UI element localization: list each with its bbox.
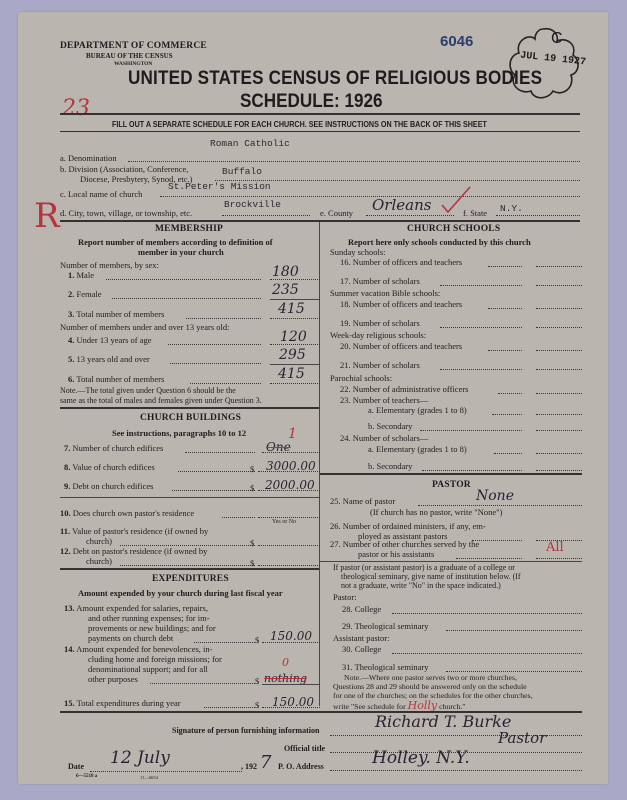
q16-value-line[interactable] bbox=[536, 266, 582, 267]
q24b-label: b. Secondary bbox=[368, 461, 412, 471]
form-title: UNITED STATES CENSUS OF RELIGIOUS BODIES bbox=[128, 68, 542, 90]
q13-num: 13. bbox=[64, 603, 75, 613]
q15-dollar: $ bbox=[255, 700, 259, 710]
membership-note-2: same as the total of males and females g… bbox=[60, 396, 262, 405]
q22-line bbox=[498, 393, 522, 394]
q11-num: 11. bbox=[60, 526, 70, 536]
church-name-label: c. Local name of church bbox=[60, 189, 142, 199]
q31-label: 31. Theological seminary bbox=[342, 662, 428, 672]
note-suffix: church." bbox=[439, 702, 465, 711]
q13-label: Amount expended for salaries, repairs, bbox=[76, 603, 208, 613]
year-prefix: , 192 bbox=[241, 762, 257, 771]
q4-value-line bbox=[270, 344, 320, 345]
po-address-label: P. O. Address bbox=[278, 762, 324, 771]
q17-label: 17. Number of scholars bbox=[340, 276, 420, 286]
q22-value-line[interactable] bbox=[536, 393, 582, 394]
q14-correction: 0 bbox=[282, 656, 289, 669]
q20-label: 20. Number of officers and teachers bbox=[340, 341, 462, 351]
q30-label: 30. College bbox=[342, 644, 381, 654]
q8-line bbox=[178, 471, 255, 472]
q18-value-line[interactable] bbox=[536, 308, 582, 309]
q24b-value-line[interactable] bbox=[536, 470, 582, 471]
q24a-line bbox=[494, 453, 522, 454]
by-sex-label: Number of members, by sex: bbox=[60, 260, 159, 270]
q13-value[interactable]: 150.00 bbox=[270, 629, 312, 643]
buildings-divider bbox=[60, 497, 319, 498]
q11-dollar: $ bbox=[250, 538, 254, 548]
q23a-line bbox=[492, 414, 522, 415]
denomination-line bbox=[128, 161, 580, 162]
graduate-instructions-2: theological seminary, give name of insti… bbox=[341, 572, 521, 581]
membership-subheading-2: member in your church bbox=[138, 247, 224, 257]
by-age-label: Number of members under and over 13 year… bbox=[60, 322, 229, 332]
q15-label: Total expenditures during year bbox=[77, 698, 181, 708]
parochial-schools-label: Parochial schools: bbox=[330, 373, 392, 383]
q14-dollar: $ bbox=[255, 676, 259, 686]
church-name-line bbox=[160, 196, 580, 197]
signature-value[interactable]: Richard T. Burke bbox=[375, 712, 511, 731]
state-line bbox=[496, 215, 580, 216]
county-label: e. County bbox=[320, 208, 353, 218]
church-schools-subheading: Report here only schools conducted by th… bbox=[348, 237, 531, 247]
header-rule bbox=[60, 113, 580, 115]
graduate-instructions: If pastor (or assistant pastor) is a gra… bbox=[333, 563, 515, 572]
q16-line bbox=[488, 266, 522, 267]
q12-label: Debt on pastor's residence (if owned by bbox=[73, 546, 208, 556]
pastor-sub-label: Pastor: bbox=[333, 592, 357, 602]
q3-label: Total number of members bbox=[76, 309, 164, 319]
q25-hint: (If church has no pastor, write "None") bbox=[370, 507, 502, 517]
q12-value-line bbox=[258, 565, 320, 566]
q5-line bbox=[170, 363, 261, 364]
q22-label: 22. Number of administrative officers bbox=[340, 384, 469, 394]
q14-label-3: denominational support; and for all bbox=[88, 664, 208, 674]
q5-label: 13 years old and over bbox=[77, 354, 150, 364]
instruction-banner: FILL OUT A SEPARATE SCHEDULE FOR EACH CH… bbox=[112, 120, 487, 129]
membership-rule bbox=[60, 407, 319, 409]
assistant-pastor-label: Assistant pastor: bbox=[333, 633, 389, 643]
q7-correction: 1 bbox=[288, 426, 297, 442]
q4-label: Under 13 years of age bbox=[77, 335, 152, 345]
city-label: d. City, town, village, or township, etc… bbox=[60, 208, 192, 218]
q19-label: 19. Number of scholars bbox=[340, 318, 420, 328]
header-rule-lower bbox=[60, 131, 580, 132]
q21-value-line[interactable] bbox=[536, 369, 582, 370]
q11-value-line bbox=[258, 545, 320, 546]
pastor-divider bbox=[320, 561, 582, 562]
q9-dollar: $ bbox=[250, 483, 254, 493]
q4-under13-value[interactable]: 120 bbox=[280, 329, 307, 345]
bureau-name: BUREAU OF THE CENSUS bbox=[86, 52, 173, 60]
q12-line bbox=[120, 565, 255, 566]
q9-label: Debt on church edifices bbox=[73, 481, 154, 491]
q3-line bbox=[186, 318, 261, 319]
q1-male-value[interactable]: 180 bbox=[272, 264, 299, 280]
q9-line bbox=[172, 490, 255, 491]
pastor-note: Note.—Where one pastor serves two or mor… bbox=[344, 673, 517, 682]
q23-label: 23. Number of teachers— bbox=[340, 395, 428, 405]
handwritten-number: 23 bbox=[62, 96, 90, 121]
q2-female-value[interactable]: 235 bbox=[272, 282, 299, 298]
form-code: 6—5518 a bbox=[76, 774, 97, 779]
q7-label: Number of church edifices bbox=[73, 443, 164, 453]
q13-label-3: provements or new buildings; and for bbox=[88, 623, 216, 633]
q12-label-2: church) bbox=[86, 556, 112, 566]
q3-value-line bbox=[270, 318, 320, 319]
q15-num: 15. bbox=[64, 698, 75, 708]
q7-value-line bbox=[262, 452, 320, 453]
q14-label-2: cluding home and foreign missions; for bbox=[88, 654, 222, 664]
stamp-letter: C bbox=[551, 30, 563, 48]
q10-line bbox=[222, 517, 255, 518]
membership-subheading: Report number of members according to de… bbox=[78, 237, 273, 247]
state-label: f. State bbox=[463, 208, 487, 218]
q1-label: Male bbox=[77, 270, 94, 280]
q6-label: Total number of members bbox=[76, 374, 164, 384]
q2-line bbox=[112, 298, 261, 299]
q26-label: 26. Number of ordained ministers, if any… bbox=[330, 521, 486, 531]
state-value[interactable]: N.Y. bbox=[500, 203, 523, 214]
year-value[interactable]: 7 bbox=[260, 752, 271, 773]
column-divider bbox=[319, 222, 320, 706]
q2-sum-rule bbox=[270, 299, 320, 300]
section-rule bbox=[60, 220, 580, 222]
q23b-line bbox=[420, 430, 522, 431]
denomination-value[interactable]: Roman Catholic bbox=[210, 138, 290, 149]
q13-dollar: $ bbox=[255, 635, 259, 645]
q20-line bbox=[488, 350, 522, 351]
q14-line bbox=[150, 683, 255, 684]
signature-label: Signature of person furnishing informati… bbox=[172, 726, 319, 735]
q29-label: 29. Theological seminary bbox=[342, 621, 428, 631]
q7-num: 7. bbox=[64, 443, 70, 453]
serial-number: 6046 bbox=[440, 33, 473, 50]
q25-label: 25. Name of pastor bbox=[330, 496, 395, 506]
q24a-label: a. Elementary (grades 1 to 8) bbox=[368, 444, 467, 454]
po-address-value[interactable]: Holley. N.Y. bbox=[372, 748, 470, 768]
q8-value-line bbox=[258, 471, 320, 472]
city-value[interactable]: Brockville bbox=[224, 199, 281, 210]
q24-label: 24. Number of scholars— bbox=[340, 433, 428, 443]
q13-line bbox=[194, 642, 255, 643]
q10-hint: Yes or No bbox=[272, 519, 296, 525]
q13-label-2: and other running expenses; for im- bbox=[88, 613, 210, 623]
q24b-line bbox=[422, 470, 522, 471]
q20-value-line[interactable] bbox=[536, 350, 582, 351]
note-prefix: write "See schedule for bbox=[333, 702, 406, 711]
po-address-line bbox=[330, 770, 582, 771]
q26-line bbox=[472, 540, 522, 541]
division-value[interactable]: Buffalo bbox=[222, 166, 262, 177]
q16-label: 16. Number of officers and teachers bbox=[340, 257, 462, 267]
church-schools-heading: CHURCH SCHOOLS bbox=[407, 224, 500, 234]
q31-line[interactable] bbox=[446, 671, 582, 672]
q15-value-line bbox=[262, 707, 320, 708]
schedule-title: SCHEDULE: 1926 bbox=[240, 91, 383, 113]
q10-label: Does church own pastor's residence bbox=[73, 508, 194, 518]
buildings-rule bbox=[60, 568, 319, 570]
city-name: WASHINGTON bbox=[114, 61, 152, 67]
q19-line bbox=[440, 327, 522, 328]
q12-dollar: $ bbox=[250, 558, 254, 568]
q27-value-line bbox=[536, 558, 582, 559]
schools-rule bbox=[320, 473, 582, 475]
q1-num: 1. bbox=[68, 270, 74, 280]
graduate-instructions-3: not a graduate, write "No" in the space … bbox=[341, 581, 501, 590]
official-title-label: Official title bbox=[284, 744, 325, 753]
pastor-note-2: Questions 28 and 29 should be answered o… bbox=[333, 682, 527, 691]
q1-line bbox=[106, 279, 261, 280]
denomination-label: a. Denomination bbox=[60, 153, 117, 163]
q9-value-line bbox=[258, 490, 320, 491]
q2-label: Female bbox=[77, 289, 102, 299]
department-name: DEPARTMENT OF COMMERCE bbox=[60, 41, 207, 51]
q17-line bbox=[440, 285, 522, 286]
q21-label: 21. Number of scholars bbox=[340, 360, 420, 370]
q23a-label: a. Elementary (grades 1 to 8) bbox=[368, 405, 467, 415]
q4-num: 4. bbox=[68, 335, 74, 345]
membership-heading: MEMBERSHIP bbox=[155, 224, 223, 234]
q6-num: 6. bbox=[68, 374, 74, 384]
q5-sum-rule bbox=[270, 364, 320, 365]
q14-sum-rule bbox=[262, 684, 320, 685]
q21-line bbox=[440, 369, 522, 370]
q15-line bbox=[204, 707, 255, 708]
q23b-value-line[interactable] bbox=[536, 430, 582, 431]
q24a-value-line[interactable] bbox=[536, 453, 582, 454]
q13-value-line bbox=[262, 642, 320, 643]
city-line bbox=[222, 215, 310, 216]
q18-label: 18. Number of officers and teachers bbox=[340, 299, 462, 309]
q14-num: 14. bbox=[64, 644, 75, 654]
church-buildings-subheading: See instructions, paragraphs 10 to 12 bbox=[112, 428, 246, 438]
q17-value-line[interactable] bbox=[536, 285, 582, 286]
q11-label: Value of pastor's residence (if owned by bbox=[72, 526, 208, 536]
q6-value-line bbox=[270, 383, 320, 384]
print-code: 11—6654 bbox=[140, 775, 158, 780]
summer-schools-label: Summer vacation Bible schools: bbox=[330, 288, 440, 298]
sunday-schools-label: Sunday schools: bbox=[330, 247, 386, 257]
q5-num: 5. bbox=[68, 354, 74, 364]
q27-line bbox=[456, 558, 522, 559]
q6-line bbox=[190, 383, 261, 384]
weekday-schools-label: Week-day religious schools: bbox=[330, 330, 426, 340]
q6-total-value[interactable]: 415 bbox=[278, 366, 305, 382]
date-line bbox=[90, 771, 242, 772]
church-name-value[interactable]: St.Peter's Mission bbox=[168, 181, 271, 192]
q10-num: 10. bbox=[60, 508, 71, 518]
date-value[interactable]: 12 July bbox=[110, 748, 170, 768]
q2-num: 2. bbox=[68, 289, 74, 299]
q4-line bbox=[168, 344, 261, 345]
q29-line[interactable] bbox=[446, 630, 582, 631]
q9-num: 9. bbox=[64, 481, 70, 491]
q18-line bbox=[488, 308, 522, 309]
q8-label: Value of church edifices bbox=[72, 462, 154, 472]
q27-label-2: pastor or his assistants bbox=[358, 549, 434, 559]
q28-label: 28. College bbox=[342, 604, 381, 614]
pastor-name-value[interactable]: None bbox=[476, 488, 514, 504]
q25-line bbox=[418, 505, 582, 506]
q13-label-4: payments on church debt bbox=[88, 633, 173, 643]
expenditures-subheading: Amount expended by your church during la… bbox=[78, 588, 283, 598]
q14-label-4: other purposes bbox=[88, 674, 138, 684]
q30-line[interactable] bbox=[392, 653, 582, 654]
q23a-value-line[interactable] bbox=[536, 414, 582, 415]
county-line bbox=[366, 215, 454, 216]
church-buildings-heading: CHURCH BUILDINGS bbox=[140, 413, 241, 423]
margin-mark: R bbox=[34, 196, 60, 236]
official-title-value[interactable]: Pastor bbox=[498, 729, 546, 747]
q14-label: Amount expended for benevolences, in- bbox=[76, 644, 212, 654]
q12-num: 12. bbox=[60, 546, 71, 556]
q23b-label: b. Secondary bbox=[368, 421, 412, 431]
q5-over13-value[interactable]: 295 bbox=[279, 347, 306, 363]
q28-line[interactable] bbox=[392, 613, 582, 614]
q19-value-line[interactable] bbox=[536, 327, 582, 328]
membership-note: Note.—The total given under Question 6 s… bbox=[60, 386, 236, 395]
q8-num: 8. bbox=[64, 462, 70, 472]
q7-line bbox=[185, 452, 255, 453]
date-label: Date bbox=[68, 762, 84, 771]
division-label: b. Division (Association, Conference, bbox=[60, 164, 188, 174]
q3-num: 3. bbox=[68, 309, 74, 319]
q27-label: 27. Number of other churches served by t… bbox=[330, 539, 479, 549]
q10-value-line bbox=[258, 517, 320, 518]
q1-value-line bbox=[270, 279, 320, 280]
county-value[interactable]: Orleans bbox=[372, 196, 431, 214]
q27-value[interactable]: All bbox=[546, 540, 564, 555]
pastor-heading: PASTOR bbox=[432, 480, 471, 490]
expenditures-heading: EXPENDITURES bbox=[152, 574, 229, 584]
q3-total-value[interactable]: 415 bbox=[278, 301, 305, 317]
q11-label-2: church) bbox=[86, 536, 112, 546]
q8-dollar: $ bbox=[250, 464, 254, 474]
